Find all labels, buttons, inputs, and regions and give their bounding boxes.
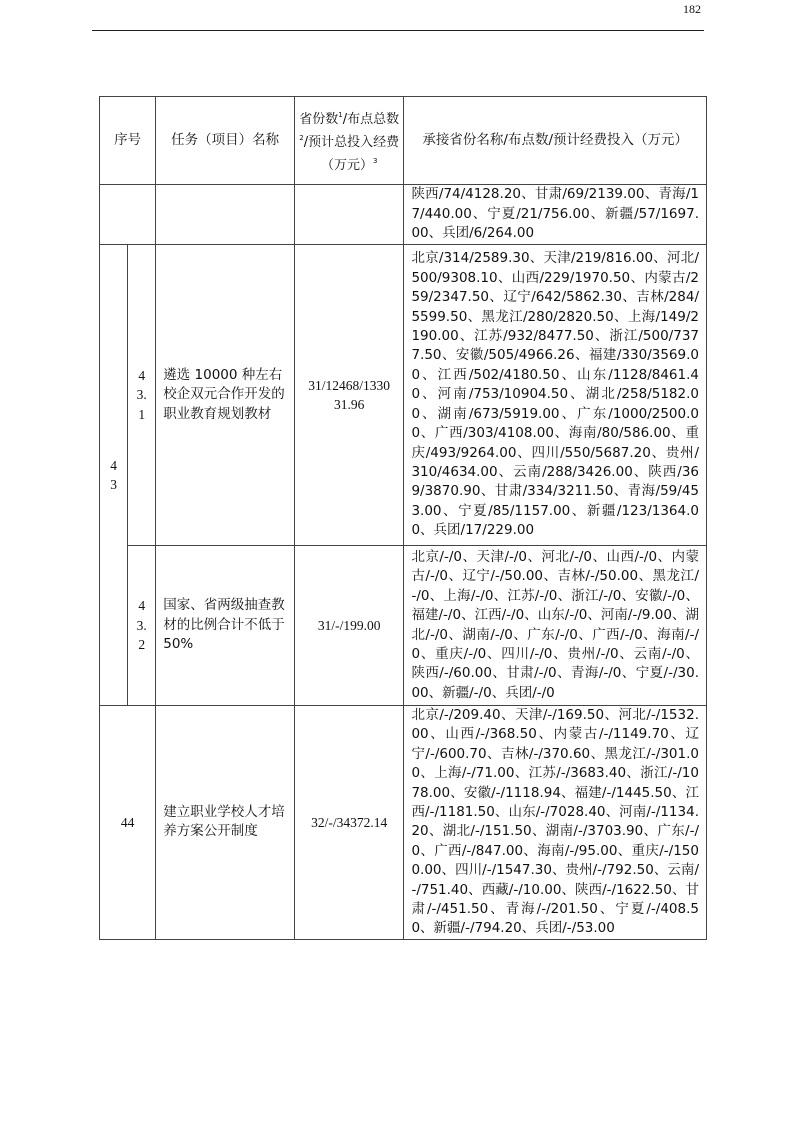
- row-no-line: 3: [100, 475, 127, 494]
- row-total: 31/-/199.00: [294, 546, 404, 706]
- row-sub-43-2: 4 3. 2: [128, 546, 156, 706]
- table-row: 4 3 4 3. 1 遴选 10000 种左右校企双元合作开发的职业教育规划教材…: [100, 245, 707, 546]
- row-sub-line: 4: [128, 366, 155, 385]
- header-total: 省份数1/布点总数2/预计总投入经费（万元）3: [294, 97, 404, 185]
- row-total-line: 31/12468/1330: [297, 376, 402, 395]
- row-sub-line: 1: [128, 405, 155, 424]
- table-header-row: 序号 任务（项目）名称 省份数1/布点总数2/预计总投入经费（万元）3 承接省份…: [100, 97, 707, 185]
- row-total-line: 31.96: [297, 395, 402, 414]
- row-total: [294, 185, 404, 245]
- table-row: 陕西/74/4128.20、甘肃/69/2139.00、青海/17/440.00…: [100, 185, 707, 245]
- header-total-part: 省份数: [299, 112, 338, 127]
- row-detail: 北京/-/209.40、天津/-/169.50、河北/-/1532.00、山西/…: [404, 706, 707, 940]
- row-no: [100, 185, 156, 245]
- table-row: 44 建立职业学校人才培养方案公开制度 32/-/34372.14 北京/-/2…: [100, 706, 707, 940]
- header-detail: 承接省份名称/布点数/预计经费投入（万元）: [404, 97, 707, 185]
- header-rule: [92, 30, 704, 31]
- row-total: 31/12468/1330 31.96: [294, 245, 404, 546]
- row-sub-line: 2: [128, 635, 155, 654]
- header-total-part: /布点总数: [343, 112, 399, 127]
- row-detail: 北京/314/2589.30、天津/219/816.00、河北/500/9308…: [404, 245, 707, 546]
- row-sub-line: 3.: [128, 385, 155, 404]
- row-name: [156, 185, 295, 245]
- row-no-line: 4: [100, 456, 127, 475]
- row-name: 遴选 10000 种左右校企双元合作开发的职业教育规划教材: [156, 245, 295, 546]
- table-row: 4 3. 2 国家、省两级抽查教材的比例合计不低于 50% 31/-/199.0…: [100, 546, 707, 706]
- row-total: 32/-/34372.14: [294, 706, 404, 940]
- task-table: 序号 任务（项目）名称 省份数1/布点总数2/预计总投入经费（万元）3 承接省份…: [99, 96, 707, 940]
- row-name: 建立职业学校人才培养方案公开制度: [156, 706, 295, 940]
- header-no: 序号: [100, 97, 156, 185]
- row-sub-43-1: 4 3. 1: [128, 245, 156, 546]
- header-name: 任务（项目）名称: [156, 97, 295, 185]
- header-total-part: /预计总投入经费（万元）: [304, 135, 399, 173]
- row-sub-line: 3.: [128, 616, 155, 635]
- footnote-mark: 3: [373, 157, 377, 165]
- page-number: 182: [683, 2, 701, 17]
- row-no-44: 44: [100, 706, 156, 940]
- row-no-43: 4 3: [100, 245, 128, 706]
- row-detail: 北京/-/0、天津/-/0、河北/-/0、山西/-/0、内蒙古/-/0、辽宁/-…: [404, 546, 707, 706]
- row-detail: 陕西/74/4128.20、甘肃/69/2139.00、青海/17/440.00…: [404, 185, 707, 245]
- row-name: 国家、省两级抽查教材的比例合计不低于 50%: [156, 546, 295, 706]
- row-sub-line: 4: [128, 596, 155, 615]
